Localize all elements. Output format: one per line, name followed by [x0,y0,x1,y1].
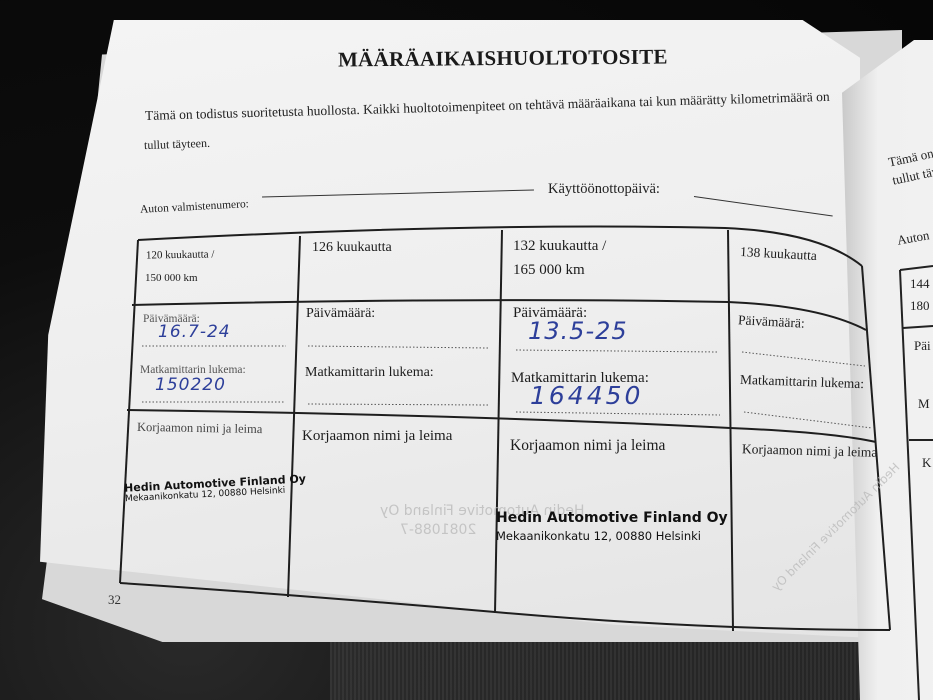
odometer-value-1[interactable]: 150220 [155,375,226,395]
interval-132-line1: 132 kuukautta / [513,238,606,255]
date-value-1[interactable]: 16.7-24 [158,322,231,342]
odometer-value-3[interactable]: 164450 [530,381,643,410]
workshop-label-3: Korjaamon nimi ja leima [510,437,665,455]
date-value-3[interactable]: 13.5-25 [528,317,628,345]
next-page-table-lines [895,260,933,700]
interval-120-line2: 150 000 km [145,272,198,284]
date-label-2: Päivämäärä: [306,306,375,322]
odometer-label-2: Matkamittarin lukema: [305,365,434,381]
interval-132-line2: 165 000 km [513,262,585,279]
page-number: 32 [108,592,121,608]
service-table [0,0,933,700]
workshop-label-1: Korjaamon nimi ja leima [137,420,263,437]
interval-120-line1: 120 kuukautta / [146,248,215,261]
stamp-address-3: Mekaanikonkatu 12, 00880 Helsinki [496,529,701,543]
date-label-4: Päivämäärä: [738,312,805,331]
workshop-label-2: Korjaamon nimi ja leima [302,428,452,445]
interval-126-line1: 126 kuukautta [312,240,392,256]
show-through-stamp-line2: 2081088-7 [400,522,476,538]
service-table-lines [0,0,933,700]
stamp-name-3: Hedin Automotive Finland Oy [496,510,728,526]
